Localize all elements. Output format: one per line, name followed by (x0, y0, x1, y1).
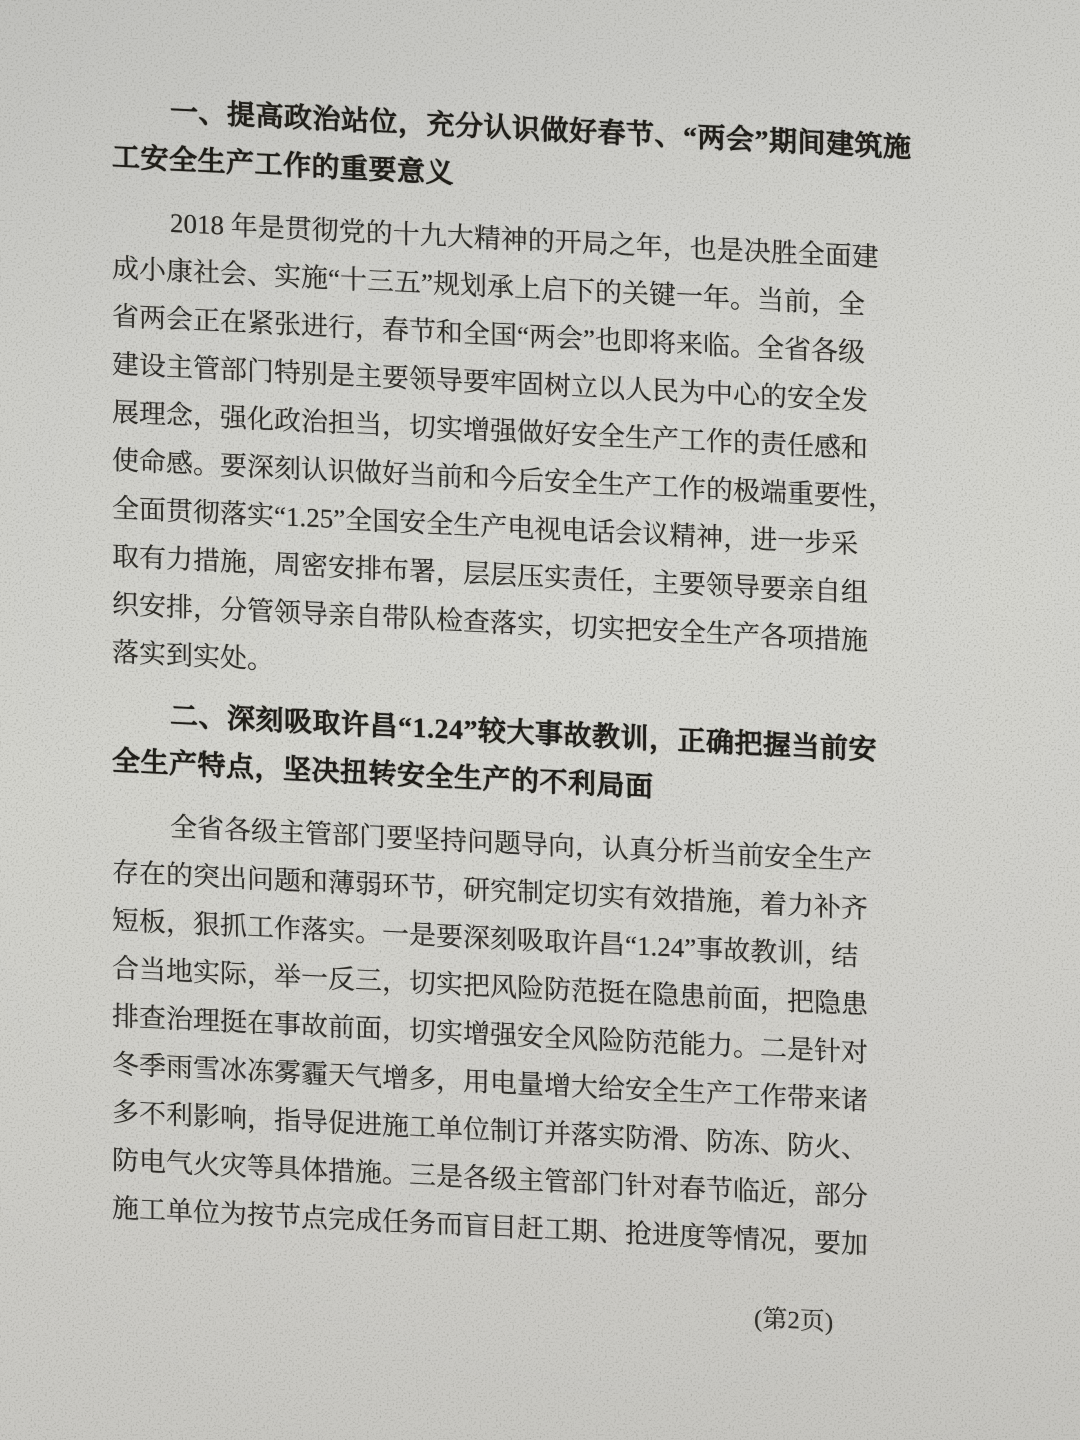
section1-heading: 一、提高政治站位，充分认识做好春节、“两会”期间建筑施 工安全生产工作的重要意义 (112, 86, 874, 219)
section2-paragraph: 全省各级主管部门要坚持问题导向，认真分析当前安全生产 存在的突出问题和薄弱环节，… (112, 800, 874, 1269)
scanned-page: 一、提高政治站位，充分认识做好春节、“两会”期间建筑施 工安全生产工作的重要意义… (0, 0, 1080, 1440)
section1-paragraph: 2018 年是贯彻党的十九大精神的开局之年，也是决胜全面建 成小康社会、实施“十… (112, 196, 874, 713)
section2-heading: 二、深刻吸取许昌“1.24”较大事故教训，正确把握当前安 全生产特点，坚决扭转安… (112, 690, 874, 823)
page-number: (第2页) (112, 1264, 874, 1349)
document-content: 一、提高政治站位，充分认识做好春节、“两会”期间建筑施 工安全生产工作的重要意义… (112, 86, 874, 1349)
